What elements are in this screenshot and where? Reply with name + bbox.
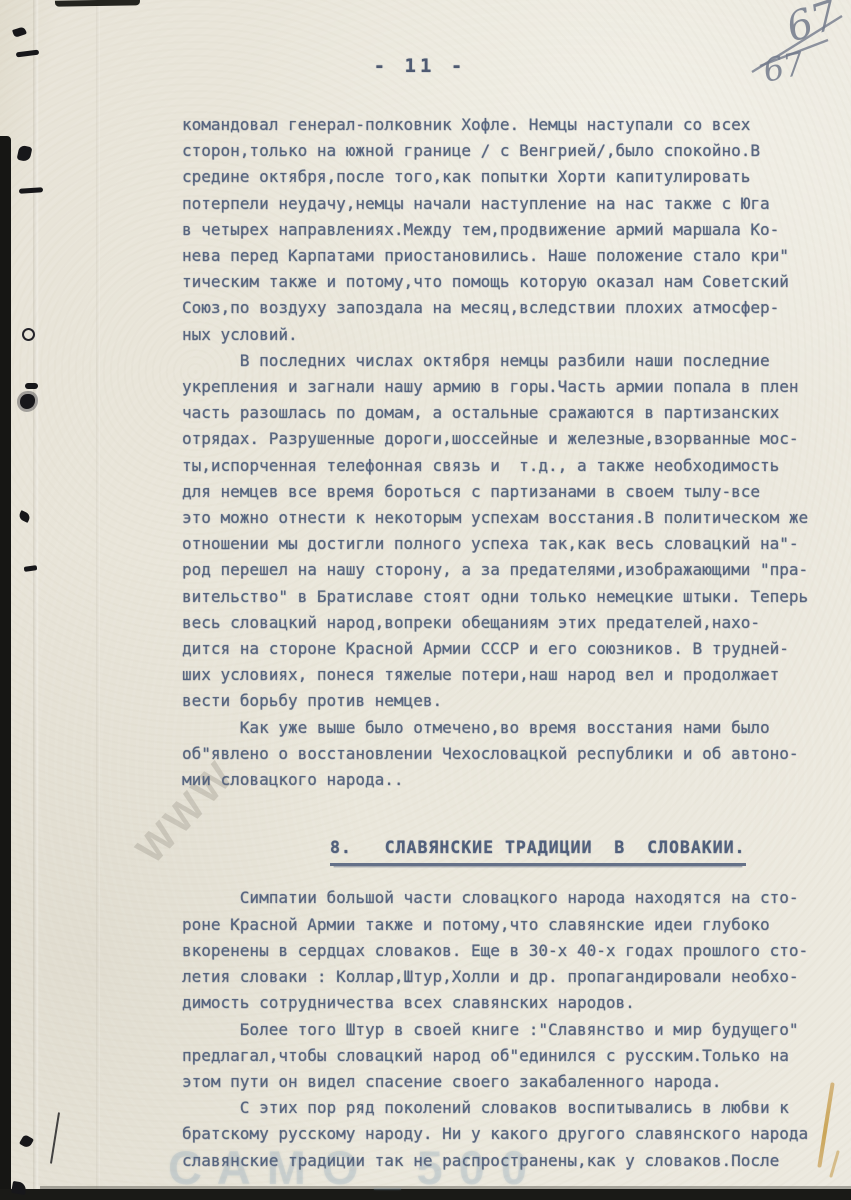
paper-crease <box>33 0 39 1200</box>
paragraph: В последних числах октября немцы разбили… <box>182 348 830 715</box>
handwritten-number: 67 <box>760 44 808 90</box>
handwritten-number-crossed-out: 67 <box>781 0 844 52</box>
binding-mark <box>18 510 32 523</box>
binding-mark <box>12 26 27 38</box>
binding-mark <box>22 328 35 341</box>
binding-mark <box>25 383 38 389</box>
binding-mark <box>11 1181 27 1195</box>
scan-hairline <box>50 1112 60 1164</box>
paragraph: Более того Штур в своей книге :"Славянст… <box>182 1017 830 1096</box>
binding-mark <box>17 145 33 162</box>
paragraph: С этих пор ряд поколений словаков воспит… <box>182 1095 830 1174</box>
section-heading: 8. СЛАВЯНСКИЕ ТРАДИЦИИ В СЛОВАКИИ. <box>182 835 830 861</box>
scan-edge-left <box>0 136 11 1200</box>
typewritten-text-block: командовал генерал-полковник Хофле. Немц… <box>182 112 830 1174</box>
handwritten-annotation: 67 67 <box>700 0 850 95</box>
paragraph: командовал генерал-полковник Хофле. Немц… <box>182 112 830 348</box>
page-number: - 11 - <box>300 55 540 77</box>
binding-mark <box>19 187 43 194</box>
paragraph: Симпатии большой части словацкого народа… <box>182 885 830 1016</box>
section-heading-text: 8. СЛАВЯНСКИЕ ТРАДИЦИИ В СЛОВАКИИ. <box>330 838 746 866</box>
paper-crease <box>96 0 100 1200</box>
binding-mark <box>19 1134 34 1149</box>
paragraph: Как уже выше было отмечено,во время восс… <box>182 715 830 794</box>
scan-edge-top <box>55 0 140 7</box>
document-scan-page: - 11 - 67 67 WWW САМО_500 командовал ген… <box>0 0 851 1200</box>
